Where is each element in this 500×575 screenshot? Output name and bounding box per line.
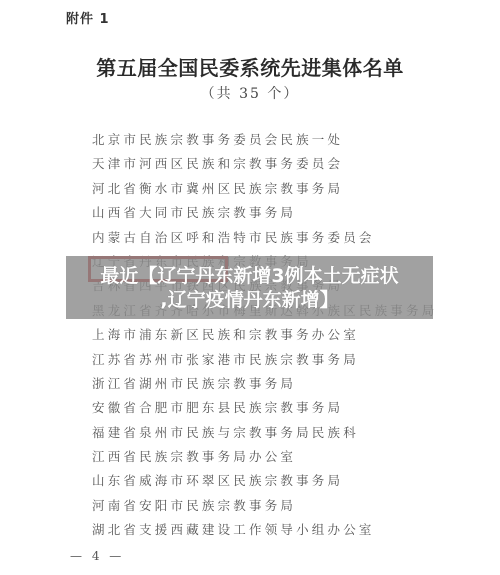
page-number: — 4 — xyxy=(70,549,124,563)
list-item: 河南省安阳市民族宗教事务局 xyxy=(92,494,437,518)
attachment-label: 附件 1 xyxy=(66,8,110,27)
list-item: 上海市浦东新区民族和宗教事务办公室 xyxy=(92,323,437,347)
list-item: 湖北省支援西藏建设工作领导小组办公室 xyxy=(92,518,437,542)
list-item: 江苏省苏州市张家港市民族宗教事务局 xyxy=(92,348,437,372)
list-item: 北京市民族宗教事务委员会民族一处 xyxy=(92,128,437,152)
list-item: 浙江省湖州市民族宗教事务局 xyxy=(92,372,437,396)
list-item: 河北省衡水市冀州区民族宗教事务局 xyxy=(92,177,437,201)
list-item: 天津市河西区民族和宗教事务委员会 xyxy=(92,152,437,176)
headline-line-1: 最近【辽宁丹东新增3例本土无症状 xyxy=(100,264,398,288)
list-item: 山西省大同市民族宗教事务局 xyxy=(92,201,437,225)
list-item: 内蒙古自治区呼和浩特市民族事务委员会 xyxy=(92,226,437,250)
list-item: 福建省泉州市民族与宗教事务局民族科 xyxy=(92,421,437,445)
document-subtitle: （共 35 个） xyxy=(0,83,500,103)
document-title: 第五届全国民委系统先进集体名单 xyxy=(0,52,500,81)
headline-banner: 最近【辽宁丹东新增3例本土无症状 ,辽宁疫情丹东新增】 xyxy=(66,256,433,319)
list-item: 山东省威海市环翠区民族宗教事务局 xyxy=(92,469,437,493)
collective-list: 北京市民族宗教事务委员会民族一处 天津市河西区民族和宗教事务委员会 河北省衡水市… xyxy=(92,128,437,543)
headline-line-2: ,辽宁疫情丹东新增】 xyxy=(160,288,338,312)
list-item: 江西省民族宗教事务局办公室 xyxy=(92,445,437,469)
list-item: 安徽省合肥市肥东县民族宗教事务局 xyxy=(92,396,437,420)
